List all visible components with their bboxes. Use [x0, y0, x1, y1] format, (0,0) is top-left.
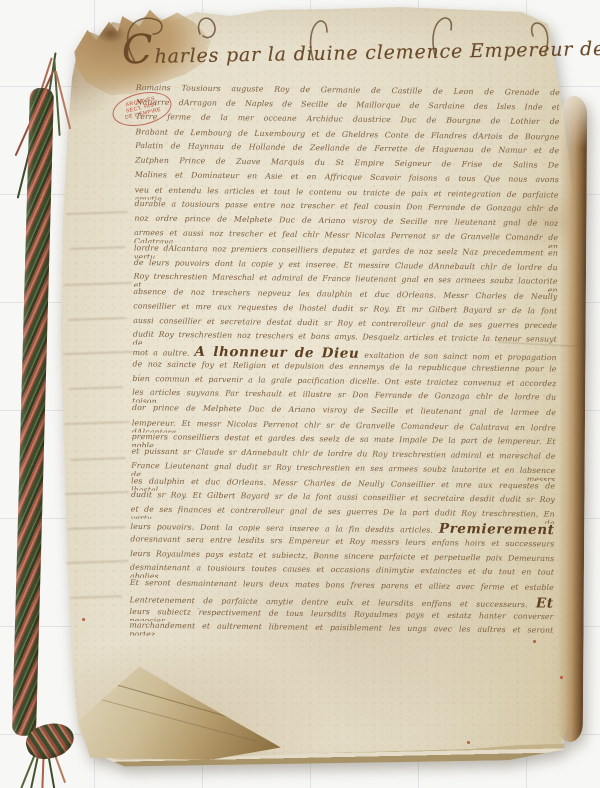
ink-speck	[560, 676, 563, 679]
ink-speck	[82, 618, 85, 621]
right-edge-curl	[557, 96, 588, 742]
line-pre: leurs pouvoirs. Dont la copie sera inser…	[131, 522, 434, 535]
photo-scene: Charles par la diuine clemence Empereur …	[0, 0, 600, 788]
ink-speck	[467, 741, 470, 744]
line-pre: mot a aultre.	[133, 348, 190, 358]
line-post: exaltation de son sainct nom et propagat…	[364, 351, 557, 362]
manuscript-text: Romains Tousiours auguste Roy de Germani…	[129, 83, 560, 641]
highlight-a-lhonneur-de-dieu: A lhonneur de Dieu	[195, 345, 360, 362]
